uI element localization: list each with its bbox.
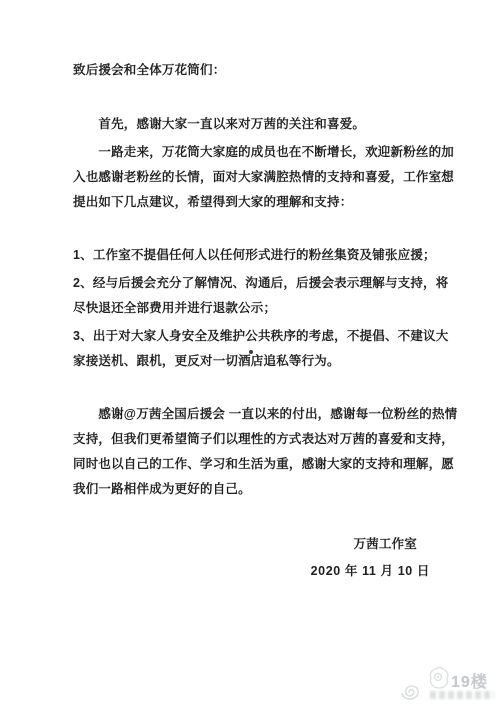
greeting-paragraph: 致后援会和全体万花筒们： [73, 58, 431, 83]
letter-document-page: 致后援会和全体万花筒们： 首先，感谢大家一直以来对万茜的关注和喜爱。 一路走来，… [0, 0, 500, 707]
mascot-icon [426, 664, 450, 690]
intro-paragraph: 首先，感谢大家一直以来对万茜的关注和喜爱。 [73, 112, 431, 137]
letter-body: 致后援会和全体万花筒们： 首先，感谢大家一直以来对万茜的关注和喜爱。 一路走来，… [73, 58, 431, 584]
text-line: 2、经与后援会充分了解情况、沟通后，后援会表示理解与支持，将 [73, 271, 431, 296]
text-line: 1、工作室不提倡任何人以任何形式进行的粉丝集资及铺张应援； [73, 243, 431, 268]
text-line: 一路走来，万花筒大家庭的成员也在不断增长，欢迎新粉丝的加 [73, 140, 431, 165]
signature-block: 万茜工作室 2020 年 11 月 10 日 [73, 532, 431, 584]
watermark-site-label: 19楼 [451, 669, 488, 692]
date-line: 2020 年 11 月 10 日 [73, 559, 431, 584]
stray-dot-artifact [249, 350, 253, 354]
text-line: 首先，感谢大家一直以来对万茜的关注和喜爱。 [73, 112, 431, 137]
signature: 万茜工作室 [73, 532, 431, 557]
text-line: 入也感谢老粉丝的长情，面对大家满腔热情的支持和喜爱，工作室想 [73, 165, 431, 190]
text-line: 支持，但我们更希望筒子们以理性的方式表达对万茜的喜爱和支持， [73, 427, 431, 452]
advice-item-3: 3、出于对大家人身安全及维护公共秩序的考虑，不提倡、不建议大家接送机、跟机，更反… [73, 324, 431, 374]
text-line: 我们一路相伴成为更好的自己。 [73, 477, 431, 502]
text-line: 感谢@万茜全国后援会 一直以来的付出，感谢每一位粉丝的热情 [73, 402, 431, 427]
text-line: 提出如下几点建议，希望得到大家的理解和支持： [73, 190, 431, 215]
watermark-tagline-blurred [430, 691, 494, 699]
advice-item-1: 1、工作室不提倡任何人以任何形式进行的粉丝集资及铺张应援； [73, 243, 431, 268]
site-watermark: 19楼 [390, 660, 500, 707]
greeting-line: 致后援会和全体万花筒们： [73, 58, 431, 83]
text-line: 尽快退还全部费用并进行退款公示； [73, 296, 431, 321]
opening-paragraph: 一路走来，万花筒大家庭的成员也在不断增长，欢迎新粉丝的加入也感谢老粉丝的长情，面… [73, 140, 431, 215]
text-line: 3、出于对大家人身安全及维护公共秩序的考虑，不提倡、不建议大 [73, 324, 431, 349]
text-line: 同时也以自己的工作、学习和生活为重，感谢大家的支持和理解，愿 [73, 452, 431, 477]
spiral-doodle-icon [392, 678, 424, 706]
closing-paragraph: 感谢@万茜全国后援会 一直以来的付出，感谢每一位粉丝的热情支持，但我们更希望筒子… [73, 402, 431, 502]
advice-item-2: 2、经与后援会充分了解情况、沟通后，后援会表示理解与支持，将尽快退还全部费用并进… [73, 271, 431, 321]
